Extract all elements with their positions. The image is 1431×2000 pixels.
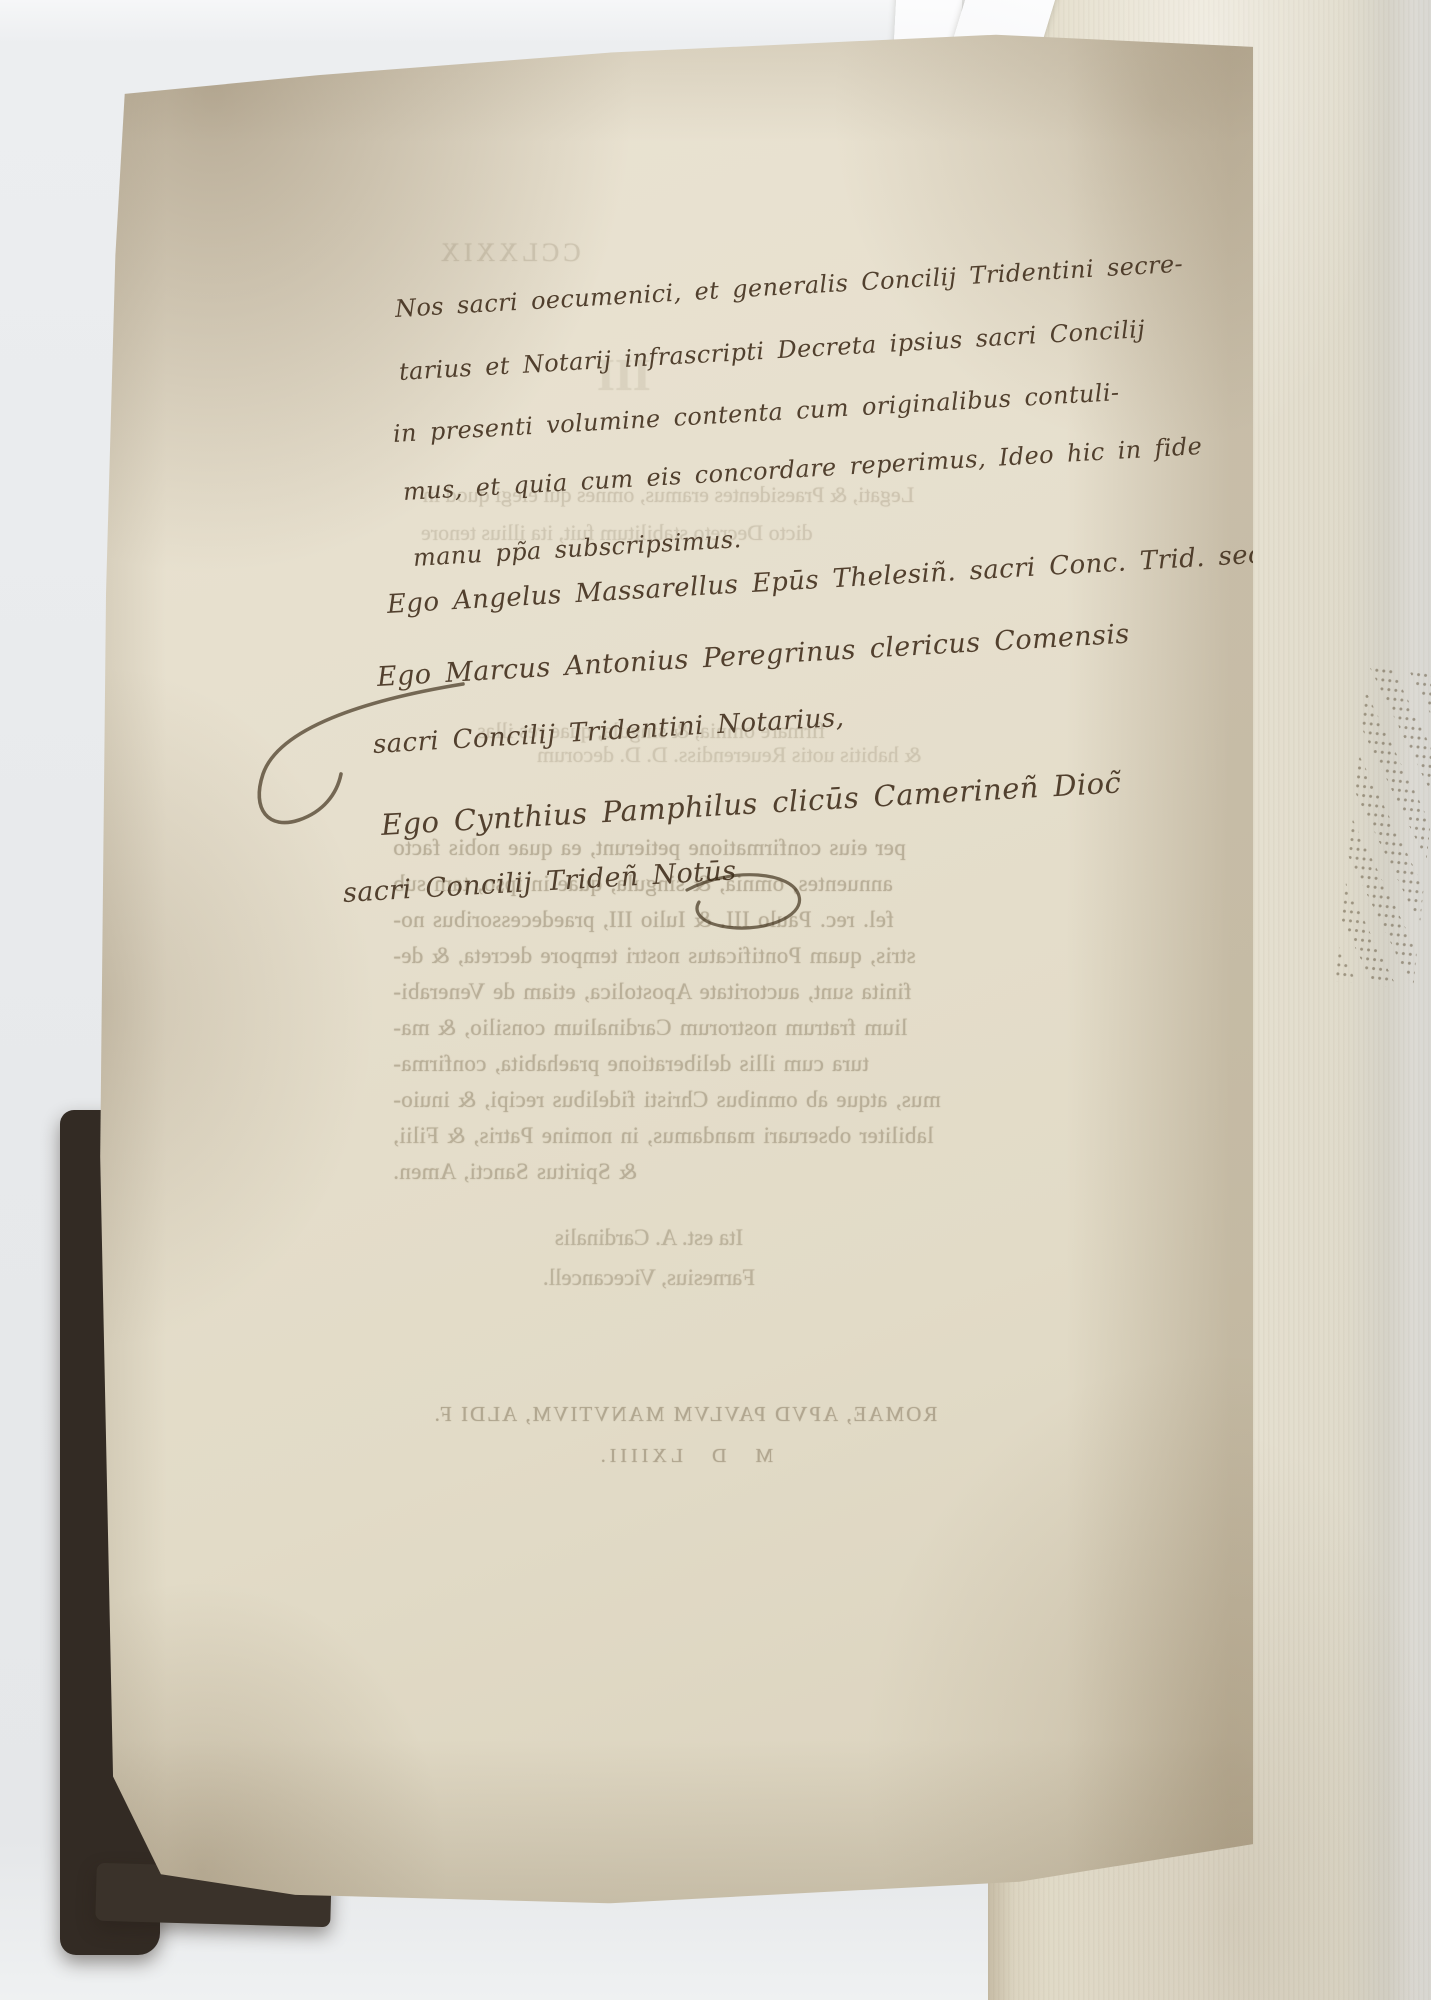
showthrough-line: labiliter obseruari mandamus, in nomine … xyxy=(393,1118,997,1154)
showthrough-line: Ita est. A. Cardinalis xyxy=(503,1218,795,1258)
showthrough-line: tura cum illis deliberatione praehabita,… xyxy=(393,1046,997,1082)
showthrough-imprint: ROMAE, APVD PAVLVM MANVTIVM, ALDI F. M D… xyxy=(423,1402,947,1468)
showthrough-imprint-line: ROMAE, APVD PAVLVM MANVTIVM, ALDI F. xyxy=(423,1402,947,1427)
showthrough-line: Farnesius, Vicecancell. xyxy=(503,1258,795,1298)
showthrough-line: mus, atque ab omnibus Christi fidelibus … xyxy=(393,1082,997,1118)
showthrough-line: finita sunt, auctoritate Apostolica, eti… xyxy=(393,974,997,1010)
showthrough-imprint-line: M D LXIIII. xyxy=(423,1445,947,1468)
book-photograph: CCLXXIX III Legati, & Praesidentes eramu… xyxy=(0,0,1431,2000)
showthrough-folio-number: CCLXXIX xyxy=(437,238,581,268)
signature-peregrinus: Ego Marcus Antonius Peregrinus clericus … xyxy=(376,619,1130,693)
showthrough-attestation: Ita est. A. Cardinalis Farnesius, Viceca… xyxy=(503,1218,795,1298)
manuscript-line: tarius et Notarij infrascripti Decreta i… xyxy=(398,315,1146,386)
manuscript-line: in presenti volumine contenta cum origin… xyxy=(392,378,1120,448)
signature-tail-flourish xyxy=(681,864,811,944)
showthrough-line: & Spiritus Sancti, Amen. xyxy=(393,1154,997,1190)
showthrough-line: lium fratrum nostrorum Cardinalium consi… xyxy=(393,1010,997,1046)
manuscript-page: CCLXXIX III Legati, & Praesidentes eramu… xyxy=(85,30,1253,1908)
